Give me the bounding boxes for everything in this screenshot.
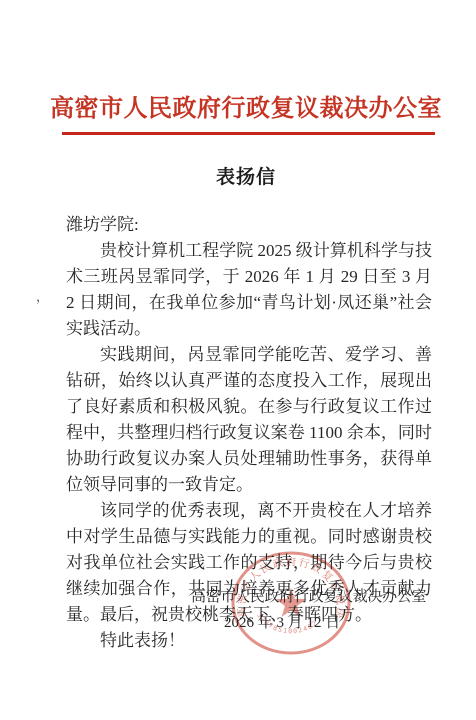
letterhead-office-name: 高密市人民政府行政复议裁决办公室 [16,88,476,123]
letterhead-divider-line [62,132,435,135]
signature-office-name: 高密市人民政府行政复议裁决办公室 [191,585,426,606]
signature-date: 2026 年 3 月 12 日 [224,611,340,632]
letter-page: 高密市人民政府行政复议裁决办公室 表扬信 潍坊学院: 贵校计算机工程学院 202… [0,0,476,720]
paragraph-thanks: 该同学的优秀表现，离不开贵校在人才培养中对学生品德与实践能力的重视。同时感谢贵校… [66,498,432,628]
document-title: 表扬信 [16,162,476,189]
paragraph-internship-intro: 贵校计算机工程学院 2025 级计算机科学与技术三班呙昱霏同学，于 2026 年… [66,238,432,342]
salutation: 潍坊学院: [66,212,432,238]
paragraph-performance: 实践期间，呙昱霏同学能吃苦、爱学习、善钻研，始终以认真严谨的态度投入工作，展现出… [66,342,432,498]
stray-scan-mark: ， [36,286,49,305]
